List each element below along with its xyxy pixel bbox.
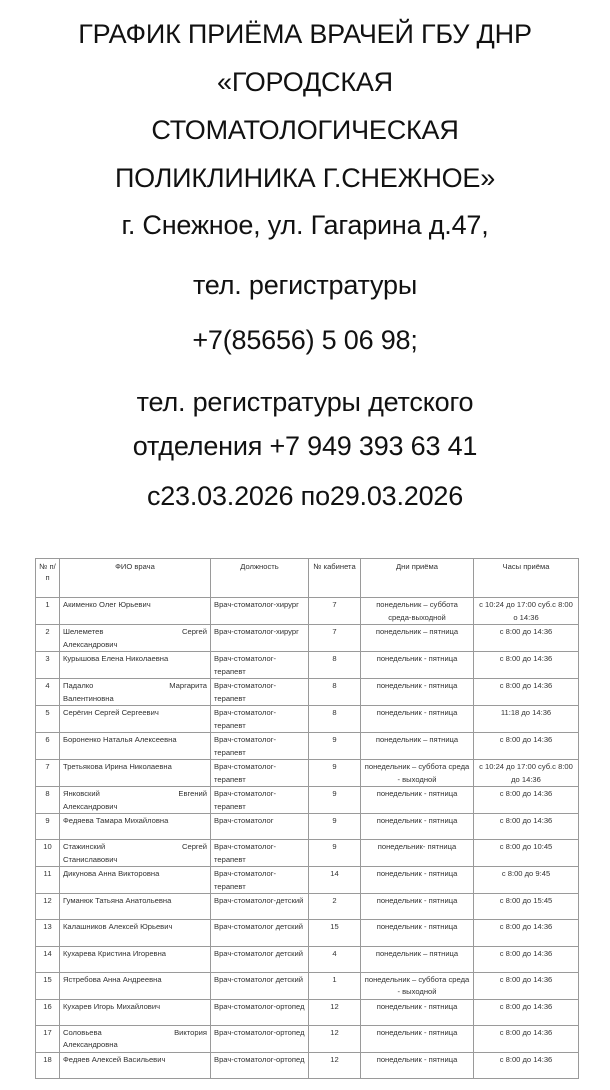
registry-phone: +7(85656) 5 06 98; <box>0 325 610 356</box>
cell-name: Гуманюк Татьяна Анатольевна <box>60 894 211 920</box>
cell-name: Ястребова Анна Андреевна <box>60 972 211 999</box>
cell-hours: с 8:00 до 10:45 <box>474 840 579 867</box>
cell-name: СоловьеваВикторияАлександровна <box>60 1025 211 1052</box>
cell-hours: с 10:24 до 17:00 суб.с 8:00 до 14:36 <box>474 760 579 787</box>
cell-num: 6 <box>36 733 60 760</box>
document-header: ГРАФИК ПРИЁМА ВРАЧЕЙ ГБУ ДНР «ГОРОДСКАЯ … <box>0 0 610 202</box>
table-row: 8ЯнковскийЕвгенийАлександровичВрач-стома… <box>36 787 579 814</box>
cell-name: ПадалкоМаргаритаВалентиновна <box>60 679 211 706</box>
cell-hours: с 8:00 до 14:36 <box>474 920 579 946</box>
table-row: 11Дикунова Анна ВикторовнаВрач-стоматоло… <box>36 867 579 894</box>
cell-num: 8 <box>36 787 60 814</box>
cell-days: понедельник - пятница <box>361 652 474 679</box>
cell-room: 12 <box>309 999 361 1025</box>
cell-num: 10 <box>36 840 60 867</box>
cell-position: Врач-стоматолог-терапевт <box>211 760 309 787</box>
cell-days: понедельник – суббота среда - выходной <box>361 760 474 787</box>
cell-days: понедельник - пятница <box>361 999 474 1025</box>
cell-hours: с 8:00 до 14:36 <box>474 999 579 1025</box>
cell-name: Курышова Елена Николаевна <box>60 652 211 679</box>
cell-days: понедельник - пятница <box>361 679 474 706</box>
cell-num: 9 <box>36 814 60 840</box>
cell-hours: с 8:00 до 14:36 <box>474 946 579 972</box>
cell-hours: 11:18 до 14:36 <box>474 706 579 733</box>
table-row: 17СоловьеваВикторияАлександровнаВрач-сто… <box>36 1025 579 1052</box>
cell-days: понедельник - пятница <box>361 867 474 894</box>
cell-days: понедельник - пятница <box>361 787 474 814</box>
cell-position: Врач-стоматолог-ортопед <box>211 999 309 1025</box>
cell-name: Третьякова Ирина Николаевна <box>60 760 211 787</box>
cell-position: Врач-стоматолог-терапевт <box>211 840 309 867</box>
cell-hours: с 8:00 до 14:36 <box>474 652 579 679</box>
cell-position: Врач-стоматолог детский <box>211 972 309 999</box>
cell-position: Врач-стоматолог-ортопед <box>211 1025 309 1052</box>
cell-room: 12 <box>309 1025 361 1052</box>
cell-name: ЯнковскийЕвгенийАлександрович <box>60 787 211 814</box>
cell-hours: с 8:00 до 9:45 <box>474 867 579 894</box>
cell-num: 16 <box>36 999 60 1025</box>
table-row: 7Третьякова Ирина НиколаевнаВрач-стомато… <box>36 760 579 787</box>
cell-hours: с 10:24 до 17:00 суб.с 8:00 о 14:36 <box>474 598 579 625</box>
cell-position: Врач-стоматолог-терапевт <box>211 867 309 894</box>
cell-name: Серёгин Сергей Сергеевич <box>60 706 211 733</box>
cell-position: Врач-стоматолог-ортопед <box>211 1052 309 1078</box>
cell-days: понедельник – пятница <box>361 733 474 760</box>
cell-hours: с 8:00 до 15:45 <box>474 894 579 920</box>
cell-hours: с 8:00 до 14:36 <box>474 814 579 840</box>
cell-days: понедельник - пятница <box>361 920 474 946</box>
cell-days: понедельник – суббота среда - выходной <box>361 972 474 999</box>
cell-room: 8 <box>309 706 361 733</box>
cell-num: 1 <box>36 598 60 625</box>
cell-num: 4 <box>36 679 60 706</box>
table-header-row: № п/п ФИО врача Должность № кабинета Дни… <box>36 559 579 598</box>
cell-num: 12 <box>36 894 60 920</box>
cell-days: понедельник- пятница <box>361 840 474 867</box>
cell-position: Врач-стоматолог-терапевт <box>211 652 309 679</box>
cell-days: понедельник – пятница <box>361 946 474 972</box>
schedule-table: № п/п ФИО врача Должность № кабинета Дни… <box>35 558 579 1079</box>
cell-num: 7 <box>36 760 60 787</box>
title-line: СТОМАТОЛОГИЧЕСКАЯ <box>0 106 610 154</box>
child-registry-line: тел. регистратуры детского <box>0 380 610 424</box>
cell-days: понедельник - пятница <box>361 894 474 920</box>
cell-hours: с 8:00 до 14:36 <box>474 787 579 814</box>
table-row: 12Гуманюк Татьяна АнатольевнаВрач-стомат… <box>36 894 579 920</box>
cell-room: 2 <box>309 894 361 920</box>
cell-hours: с 8:00 до 14:36 <box>474 733 579 760</box>
cell-position: Врач-стоматолог-детский <box>211 894 309 920</box>
cell-name: ШелеметевСергейАлександрович <box>60 625 211 652</box>
cell-hours: с 8:00 до 14:36 <box>474 1025 579 1052</box>
cell-room: 1 <box>309 972 361 999</box>
cell-room: 7 <box>309 625 361 652</box>
document-title: ГРАФИК ПРИЁМА ВРАЧЕЙ ГБУ ДНР «ГОРОДСКАЯ … <box>0 0 610 202</box>
cell-name: Кухарев Игорь Михайлович <box>60 999 211 1025</box>
table-row: 5Серёгин Сергей СергеевичВрач-стоматолог… <box>36 706 579 733</box>
cell-position: Врач-стоматолог-терапевт <box>211 679 309 706</box>
column-header-room: № кабинета <box>309 559 361 598</box>
cell-days: понедельник - пятница <box>361 1052 474 1078</box>
table-row: 4ПадалкоМаргаритаВалентиновнаВрач-стомат… <box>36 679 579 706</box>
column-header-hours: Часы приёма <box>474 559 579 598</box>
title-line: ПОЛИКЛИНИКА Г.СНЕЖНОЕ» <box>0 154 610 202</box>
table-row: 3Курышова Елена НиколаевнаВрач-стоматоло… <box>36 652 579 679</box>
cell-position: Врач-стоматолог-терапевт <box>211 733 309 760</box>
table-row: 14Кухарева Кристина ИгоревнаВрач-стомато… <box>36 946 579 972</box>
cell-num: 5 <box>36 706 60 733</box>
cell-room: 7 <box>309 598 361 625</box>
cell-room: 9 <box>309 787 361 814</box>
cell-room: 9 <box>309 760 361 787</box>
cell-room: 9 <box>309 814 361 840</box>
table-row: 18Федяев Алексей ВасильевичВрач-стоматол… <box>36 1052 579 1078</box>
cell-name: Калашников Алексей Юрьевич <box>60 920 211 946</box>
registry-label: тел. регистратуры <box>0 270 610 301</box>
cell-room: 9 <box>309 840 361 867</box>
column-header-position: Должность <box>211 559 309 598</box>
cell-position: Врач-стоматолог-терапевт <box>211 787 309 814</box>
cell-num: 2 <box>36 625 60 652</box>
cell-hours: с 8:00 до 14:36 <box>474 625 579 652</box>
cell-name: Федяев Алексей Васильевич <box>60 1052 211 1078</box>
column-header-num: № п/п <box>36 559 60 598</box>
column-header-name: ФИО врача <box>60 559 211 598</box>
cell-hours: с 8:00 до 14:36 <box>474 679 579 706</box>
cell-position: Врач-стоматолог детский <box>211 946 309 972</box>
cell-name: СтажинскийСергейСтаниславович <box>60 840 211 867</box>
child-registry-line: отделения +7 949 393 63 41 <box>0 424 610 468</box>
cell-num: 18 <box>36 1052 60 1078</box>
cell-position: Врач-стоматолог детский <box>211 920 309 946</box>
cell-days: понедельник - пятница <box>361 706 474 733</box>
table-body: 1Акименко Олег ЮрьевичВрач-стоматолог-хи… <box>36 598 579 1079</box>
cell-days: понедельник – суббота среда-выходной <box>361 598 474 625</box>
cell-days: понедельник – пятница <box>361 625 474 652</box>
child-registry-info: тел. регистратуры детского отделения +7 … <box>0 380 610 468</box>
table-row: 10СтажинскийСергейСтаниславовичВрач-стом… <box>36 840 579 867</box>
schedule-period: с23.03.2026 по29.03.2026 <box>0 481 610 512</box>
cell-position: Врач-стоматолог-терапевт <box>211 706 309 733</box>
table-row: 15Ястребова Анна АндреевнаВрач-стоматоло… <box>36 972 579 999</box>
title-line: ГРАФИК ПРИЁМА ВРАЧЕЙ ГБУ ДНР <box>0 10 610 58</box>
cell-name: Дикунова Анна Викторовна <box>60 867 211 894</box>
cell-days: понедельник - пятница <box>361 1025 474 1052</box>
cell-position: Врач-стоматолог-хирург <box>211 598 309 625</box>
cell-num: 17 <box>36 1025 60 1052</box>
cell-room: 12 <box>309 1052 361 1078</box>
table-row: 13Калашников Алексей ЮрьевичВрач-стомато… <box>36 920 579 946</box>
cell-num: 11 <box>36 867 60 894</box>
cell-room: 15 <box>309 920 361 946</box>
cell-num: 3 <box>36 652 60 679</box>
table-row: 1Акименко Олег ЮрьевичВрач-стоматолог-хи… <box>36 598 579 625</box>
cell-num: 14 <box>36 946 60 972</box>
cell-position: Врач-стоматолог <box>211 814 309 840</box>
table-row: 9Федяева Тамара МихайловнаВрач-стоматоло… <box>36 814 579 840</box>
cell-room: 8 <box>309 652 361 679</box>
table-row: 6Бороненко Наталья АлексеевнаВрач-стомат… <box>36 733 579 760</box>
cell-position: Врач-стоматолог-хирург <box>211 625 309 652</box>
cell-num: 15 <box>36 972 60 999</box>
cell-room: 14 <box>309 867 361 894</box>
cell-hours: с 8:00 до 14:36 <box>474 972 579 999</box>
cell-name: Акименко Олег Юрьевич <box>60 598 211 625</box>
cell-name: Бороненко Наталья Алексеевна <box>60 733 211 760</box>
cell-name: Кухарева Кристина Игоревна <box>60 946 211 972</box>
cell-days: понедельник - пятница <box>361 814 474 840</box>
table-row: 16Кухарев Игорь МихайловичВрач-стоматоло… <box>36 999 579 1025</box>
cell-room: 4 <box>309 946 361 972</box>
title-line: «ГОРОДСКАЯ <box>0 58 610 106</box>
table-row: 2ШелеметевСергейАлександровичВрач-стомат… <box>36 625 579 652</box>
address: г. Снежное, ул. Гагарина д.47, <box>0 210 610 241</box>
column-header-days: Дни приёма <box>361 559 474 598</box>
cell-num: 13 <box>36 920 60 946</box>
cell-room: 9 <box>309 733 361 760</box>
cell-room: 8 <box>309 679 361 706</box>
cell-hours: с 8:00 до 14:36 <box>474 1052 579 1078</box>
cell-name: Федяева Тамара Михайловна <box>60 814 211 840</box>
